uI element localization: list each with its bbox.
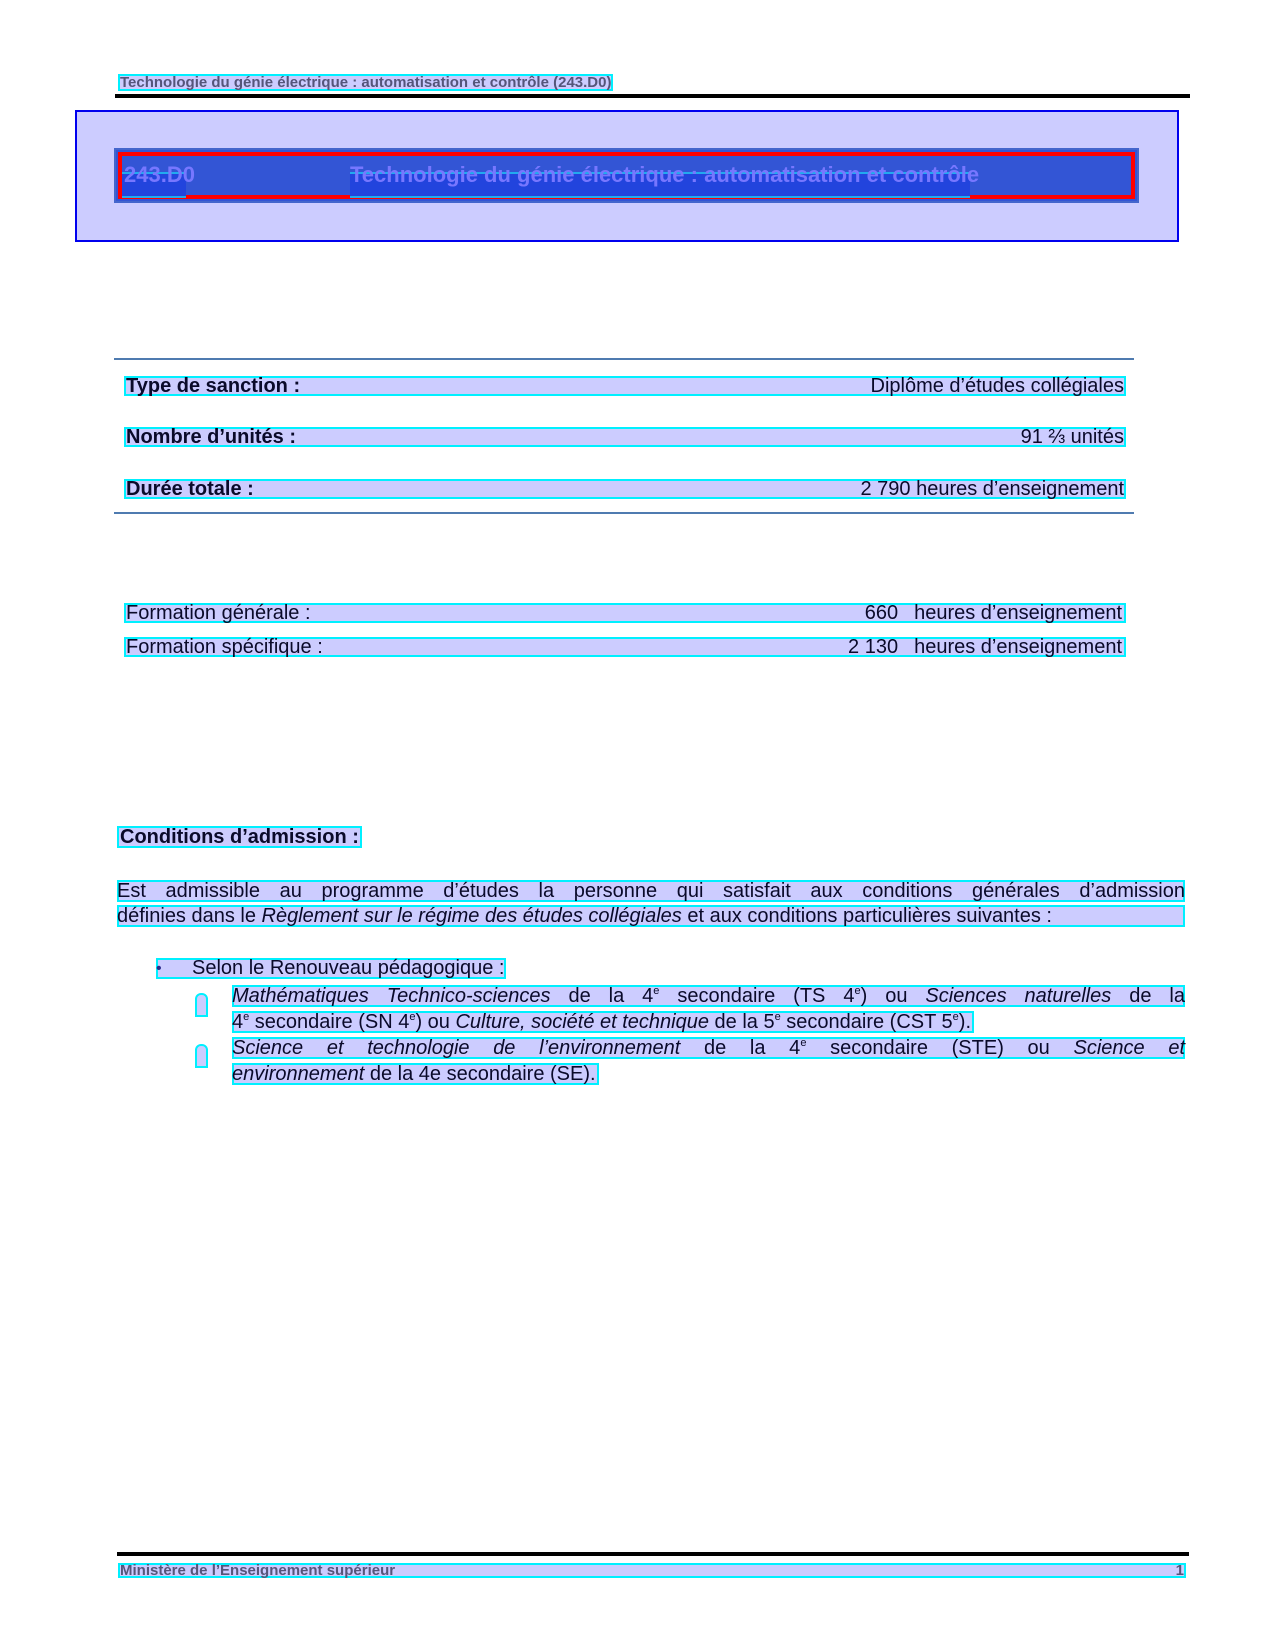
admission-intro-line-2: définies dans le Règlement sur le régime… bbox=[117, 905, 1185, 927]
summary-value: Diplôme d’études collégiales bbox=[869, 376, 1126, 396]
hours-unit: heures d’enseignement bbox=[912, 602, 1124, 624]
summary-row-units: Nombre d’unités : 91 ⅔ unités bbox=[124, 427, 1126, 447]
regulation-title: Règlement sur le régime des études collé… bbox=[262, 905, 682, 927]
italic-text: environnement bbox=[232, 1063, 364, 1085]
summary-value: 91 ⅔ unités bbox=[1019, 427, 1126, 447]
text: ). bbox=[959, 1011, 971, 1033]
sub-item-1-line-1: Mathématiques Technico-sciences de la 4e… bbox=[232, 985, 1185, 1007]
sub-bullet-icon bbox=[195, 1044, 208, 1068]
italic-text: Sciences naturelles bbox=[925, 985, 1111, 1007]
program-code: 243.D0 bbox=[124, 162, 195, 188]
text: ) ou bbox=[861, 985, 926, 1007]
header-rule bbox=[115, 94, 1190, 98]
bullet-text: Selon le Renouveau pédagogique : bbox=[192, 958, 504, 979]
bullet-icon: • bbox=[156, 958, 192, 979]
italic-text: Science et technologie de l’environnemen… bbox=[232, 1037, 680, 1059]
summary-top-rule bbox=[114, 358, 1134, 360]
admission-intro-line-1: Est admissible au programme d’études la … bbox=[117, 880, 1185, 902]
hours-row-specific: Formation spécifique : 2 130heures d’ens… bbox=[124, 637, 1126, 657]
summary-label: Durée totale : bbox=[124, 479, 256, 499]
sub-bullet-icon bbox=[195, 993, 208, 1017]
text: de la 4e secondaire (SE). bbox=[364, 1063, 595, 1085]
text: secondaire (SN 4 bbox=[249, 1011, 409, 1033]
intro-text: et aux conditions particulières suivante… bbox=[682, 905, 1052, 927]
intro-text: définies dans le bbox=[117, 905, 262, 927]
text: de la bbox=[1111, 985, 1185, 1007]
text: secondaire (STE) ou bbox=[806, 1037, 1073, 1059]
text: secondaire (CST 5 bbox=[781, 1011, 953, 1033]
footer: Ministère de l’Enseignement supérieur 1 bbox=[118, 1563, 1186, 1578]
hours-label: Formation spécifique : bbox=[124, 637, 325, 657]
hours-label: Formation générale : bbox=[124, 603, 313, 623]
text: de la 5 bbox=[709, 1011, 775, 1033]
sub-item-1-line-2: 4e secondaire (SN 4e) ou Culture, sociét… bbox=[232, 1011, 974, 1033]
text: secondaire (TS 4 bbox=[659, 985, 854, 1007]
summary-value: 2 790 heures d’enseignement bbox=[858, 479, 1126, 499]
hours-value: 2 130heures d’enseignement bbox=[844, 637, 1126, 657]
hours-number: 2 130 bbox=[846, 637, 900, 657]
hours-row-general: Formation générale : 660heures d’enseign… bbox=[124, 603, 1126, 623]
text: de la 4 bbox=[680, 1037, 800, 1059]
text: ) ou bbox=[415, 1011, 455, 1033]
bullet-item: • Selon le Renouveau pédagogique : bbox=[156, 958, 506, 979]
title-banner: 243.D0 Technologie du génie électrique :… bbox=[116, 150, 1137, 201]
running-header: Technologie du génie électrique : automa… bbox=[118, 74, 613, 91]
hours-unit: heures d’enseignement bbox=[912, 636, 1124, 658]
sub-item-2-line-1: Science et technologie de l’environnemen… bbox=[232, 1037, 1185, 1059]
italic-text: Science et bbox=[1073, 1037, 1185, 1059]
summary-bottom-rule bbox=[114, 512, 1134, 514]
sub-item-2-line-2: environnement de la 4e secondaire (SE). bbox=[232, 1063, 599, 1085]
program-title: Technologie du génie électrique : automa… bbox=[350, 162, 979, 188]
footer-ministry: Ministère de l’Enseignement supérieur bbox=[120, 1563, 395, 1578]
summary-row-duration: Durée totale : 2 790 heures d’enseigneme… bbox=[124, 479, 1126, 499]
italic-text: Culture, société et technique bbox=[455, 1011, 709, 1033]
text: de la 4 bbox=[550, 985, 653, 1007]
italic-text: Mathématiques Technico-sciences bbox=[232, 985, 550, 1007]
summary-label: Nombre d’unités : bbox=[124, 427, 298, 447]
hours-value: 660heures d’enseignement bbox=[861, 603, 1126, 623]
text: 4 bbox=[232, 1011, 243, 1033]
summary-label: Type de sanction : bbox=[124, 376, 302, 396]
footer-rule bbox=[117, 1552, 1189, 1556]
page-number: 1 bbox=[1176, 1563, 1184, 1578]
admission-heading: Conditions d’admission : bbox=[117, 826, 362, 848]
summary-row-sanction: Type de sanction : Diplôme d’études coll… bbox=[124, 376, 1126, 396]
hours-number: 660 bbox=[863, 603, 900, 623]
